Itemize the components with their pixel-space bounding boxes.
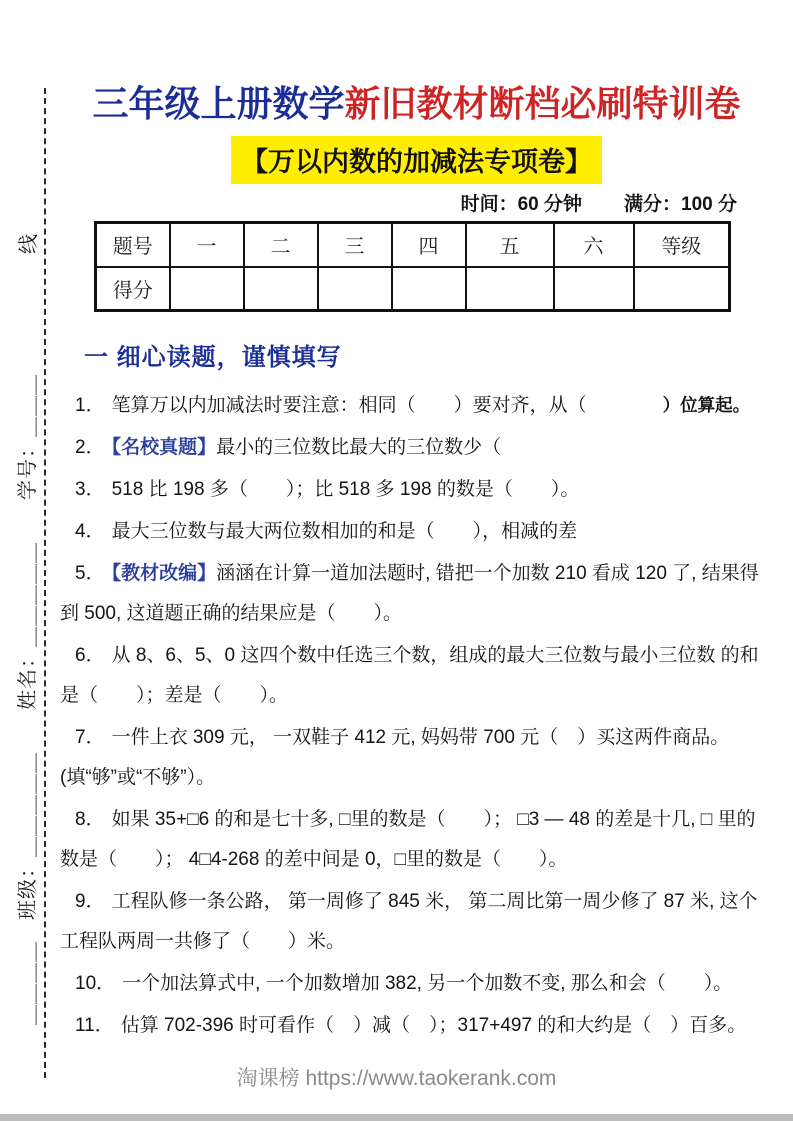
page-title: 三年级上册数学新旧教材断档必刷特训卷 [60,76,773,127]
question-number: 5． [75,563,105,584]
score-table: 题号 一 二 三 四 五 六 等级 得分 [94,221,731,312]
question-6: 6．从 8、6、5、0 这四个数中任选三个数，组成的最大三位数与最小三位数 的和… [60,636,771,716]
question-text: 工程队修一条公路， 第一周修了 845 米， 第二周比第一周少修了 87 米, … [60,891,758,952]
time-label: 时间：60 分钟 [461,194,582,215]
question-tag: 【教材改编】 [112,563,217,584]
question-text: 最大三位数与最大两位数相加的和是（ ），相减的差 [112,521,578,542]
full-score-label: 满分：100 分 [624,194,737,215]
binding-labels: ＿＿＿＿ 班级：＿＿＿＿＿ 姓名：＿＿＿＿＿ 学号：＿＿＿ [11,375,41,1025]
question-4: 4．最大三位数与最大两位数相加的和是（ ），相减的差 [60,512,771,552]
question-7: 7．一件上衣 309 元， 一双鞋子 412 元, 妈妈带 700 元（ ）买这… [60,718,771,798]
score-header-cell: 五 [466,223,554,267]
score-header-cell: 题号 [96,223,170,267]
question-5: 5．【教材改编】涵涵在计算一道加法题时, 错把一个加数 210 看成 120 了… [60,554,771,634]
question-number: 9． [75,891,105,912]
exam-info-line: 时间：60 分钟满分：100 分 [60,189,773,216]
question-number: 10． [75,973,115,994]
question-number: 8． [75,809,105,830]
binding-dashed-line [44,88,46,1078]
score-cell [634,267,730,311]
question-text: 从 8、6、5、0 这四个数中任选三个数，组成的最大三位数与最小三位数 的和是（… [60,645,759,706]
score-header-cell: 等级 [634,223,730,267]
question-text: 如果 35+□6 的和是七十多, □里的数是（ ）； □3 — 48 的差是十几… [60,809,756,870]
question-9: 9．工程队修一条公路， 第一周修了 845 米， 第二周比第一周少修了 87 米… [60,882,771,962]
question-11: 11．估算 702-396 时可看作（ ）减（ ）；317+497 的和大约是（… [60,1006,771,1046]
score-cell [244,267,318,311]
question-number: 6． [75,645,105,666]
score-cell [170,267,244,311]
question-text: 一个加法算式中, 一个加数增加 382, 另一个加数不变, 那么和会（ ）。 [122,973,732,994]
paper-subtitle: 【万以内数的加减法专项卷】 [231,136,602,184]
question-text: 笔算万以内加减法时要注意：相同（ ）要对齐，从（ [112,395,663,416]
score-row-label: 得分 [96,267,170,311]
page-title-grade: 三年级上册数学 [92,83,344,124]
question-8: 8．如果 35+□6 的和是七十多, □里的数是（ ）； □3 — 48 的差是… [60,800,771,880]
question-number: 11． [75,1015,114,1036]
question-number: 7． [75,727,105,748]
question-text: 最小的三位数比最大的三位数少（ [216,437,501,458]
score-header-cell: 六 [554,223,634,267]
score-header-cell: 二 [244,223,318,267]
site-watermark: 淘课榜 https://www.taokerank.com [0,1062,793,1092]
question-number: 4． [75,521,105,542]
page-title-series: 新旧教材断档必刷特训卷 [345,83,741,124]
question-text: 一件上衣 309 元， 一双鞋子 412 元, 妈妈带 700 元（ ）买这两件… [60,727,729,788]
score-cell [466,267,554,311]
section-one-heading: 一 细心读题，谨慎填写 [84,337,773,372]
score-header-cell: 一 [170,223,244,267]
question-text-bold-tail: ）位算起。 [663,395,751,415]
score-table-header-row: 题号 一 二 三 四 五 六 等级 [96,223,730,267]
score-cell [318,267,392,311]
binding-line-char: 线 [12,226,40,254]
question-1: 1．笔算万以内加减法时要注意：相同（ ）要对齐，从（ ）位算起。 [60,385,771,426]
question-number: 2． [75,437,105,458]
worksheet-page: 三年级上册数学新旧教材断档必刷特训卷 【万以内数的加减法专项卷】 时间：60 分… [60,0,773,1048]
score-cell [554,267,634,311]
question-list: 1．笔算万以内加减法时要注意：相同（ ）要对齐，从（ ）位算起。 2．【名校真题… [60,385,773,1046]
question-number: 3． [75,479,105,500]
score-cell [392,267,466,311]
question-2: 2．【名校真题】最小的三位数比最大的三位数少（ [60,428,771,468]
score-header-cell: 三 [318,223,392,267]
score-header-cell: 四 [392,223,466,267]
question-number: 1． [75,395,105,416]
question-tag: 【名校真题】 [112,437,217,458]
question-10: 10．一个加法算式中, 一个加数增加 382, 另一个加数不变, 那么和会（ ）… [60,964,771,1004]
score-table-score-row: 得分 [96,267,730,311]
question-3: 3．518 比 198 多（ ）；比 518 多 198 的数是（ ）。 [60,470,771,510]
question-text: 估算 702-396 时可看作（ ）减（ ）；317+497 的和大约是（ ）百… [121,1015,747,1036]
question-text: 518 比 198 多（ ）；比 518 多 198 的数是（ ）。 [112,479,580,500]
bottom-scan-edge [0,1114,793,1121]
